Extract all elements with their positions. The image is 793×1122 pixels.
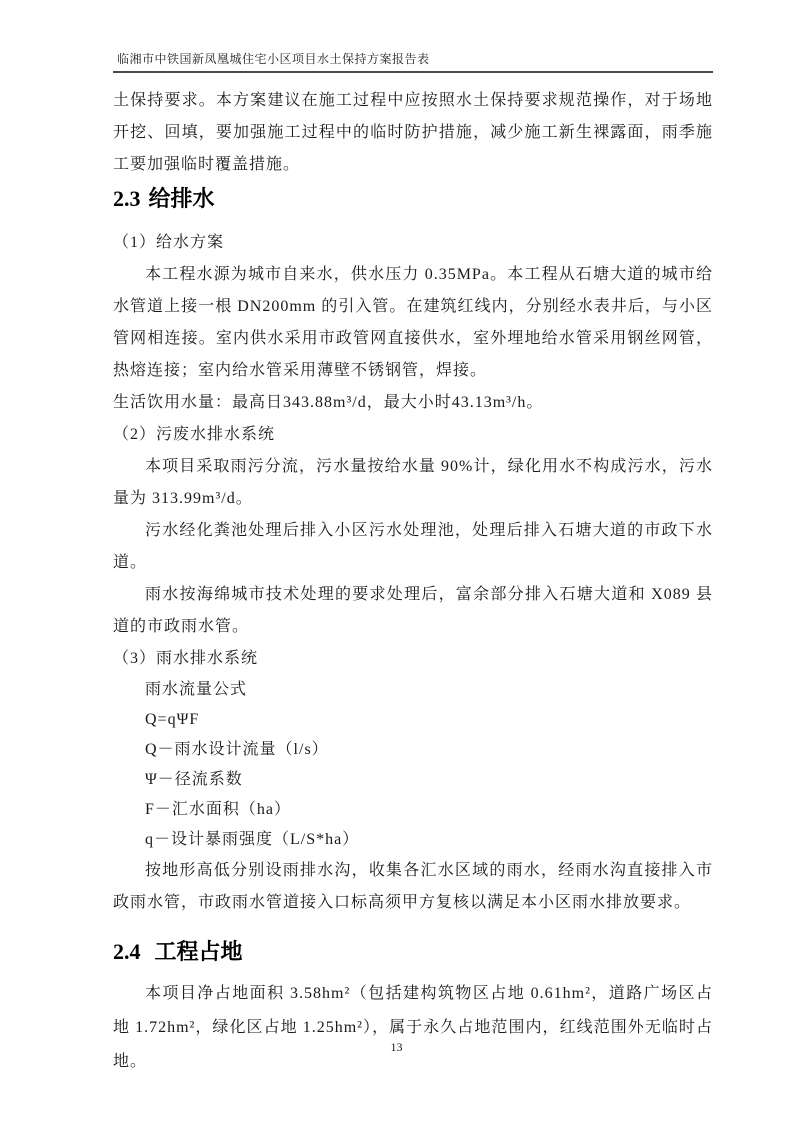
- water-supply-item-label: （1）给水方案: [113, 227, 713, 259]
- section-2-3-number: 2.3: [113, 186, 141, 211]
- page-header: 临湘市中铁国新凤凰城住宅小区项目水土保持方案报告表: [113, 50, 713, 73]
- sewage-drainage-item-label: （2）污废水排水系统: [113, 419, 713, 451]
- section-2-4-number: 2.4: [113, 939, 141, 964]
- section-2-3-heading: 2.3给排水: [113, 183, 713, 215]
- document-page: 临湘市中铁国新凤凰城住宅小区项目水土保持方案报告表 土保持要求。本方案建议在施工…: [0, 0, 793, 1122]
- formula-def-runoff-coefficient: Ψ－径流系数: [113, 765, 713, 795]
- header-title: 临湘市中铁国新凤凰城住宅小区项目水土保持方案报告表: [113, 50, 713, 67]
- section-2-3-title: 给排水: [149, 186, 215, 211]
- section-2-4-title: 工程占地: [155, 939, 243, 964]
- formula-def-design-flow: Q－雨水设计流量（l/s）: [113, 735, 713, 765]
- rainwater-drainage-item-label: （3）雨水排水系统: [113, 643, 713, 675]
- drinking-water-quantity-line: 生活饮用水量：最高日343.88m³/d，最大小时43.13m³/h。: [113, 387, 713, 419]
- terrain-drainage-paragraph: 按地形高低分别设雨排水沟，收集各汇水区域的雨水，经雨水沟直接排入市政雨水管，市政…: [113, 855, 713, 919]
- land-occupation-paragraph: 本项目净占地面积 3.58hm²（包括建构筑物区占地 0.61hm²，道路广场区…: [113, 977, 713, 1079]
- page-content: 临湘市中铁国新凤凰城住宅小区项目水土保持方案报告表 土保持要求。本方案建议在施工…: [113, 50, 713, 1079]
- sewage-split-flow-paragraph: 本项目采取雨污分流，污水量按给水量 90%计，绿化用水不构成污水，污水量为 31…: [113, 451, 713, 515]
- formula-def-catchment-area: F－汇水面积（ha）: [113, 795, 713, 825]
- water-supply-paragraph: 本工程水源为城市自来水，供水压力 0.35MPa。本工程从石塘大道的城市给水管道…: [113, 259, 713, 387]
- rain-flow-formula-intro: 雨水流量公式: [113, 675, 713, 705]
- septic-tank-paragraph: 污水经化粪池处理后排入小区污水处理池，处理后排入石塘大道的市政下水道。: [113, 515, 713, 579]
- page-number: 13: [0, 1040, 793, 1055]
- paragraph-soil-conservation-continuation: 土保持要求。本方案建议在施工过程中应按照水土保持要求规范操作，对于场地开挖、回填…: [113, 85, 713, 181]
- rain-flow-formula: Q=qΨF: [113, 705, 713, 735]
- sponge-city-paragraph: 雨水按海绵城市技术处理的要求处理后，富余部分排入石塘大道和 X089 县道的市政…: [113, 579, 713, 643]
- section-2-4-heading: 2.4工程占地: [113, 935, 713, 969]
- formula-def-storm-intensity: q－设计暴雨强度（L/S*ha）: [113, 825, 713, 855]
